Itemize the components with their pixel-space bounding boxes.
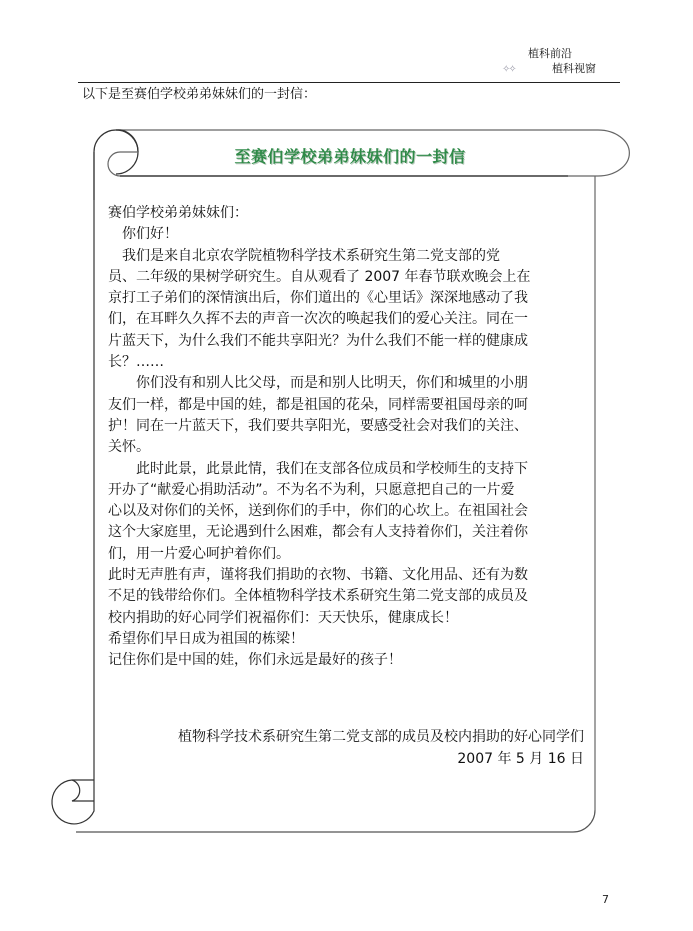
paragraph-line: 们，在耳畔久久挥不去的声音一次次的唤起我们的爱心关注。同在一 [108,309,590,330]
intro-text: 以下是至赛伯学校弟弟妹妹们的一封信： [82,86,316,104]
stars-icon: ✧✧ [502,62,515,77]
paragraph-line: 你们没有和别人比父母，而是和别人比明天，你们和城里的小朋 [108,373,590,394]
paragraph-line: 校内捐助的好心同学们祝福你们：天天快乐，健康成长！ [108,608,590,629]
letter-title: 至赛伯学校弟弟妹妹们的一封信 [230,144,470,167]
greeting: 你们好！ [108,224,590,245]
paragraph-line: 京打工子弟们的深情演出后，你们道出的《心里话》深深地感动了我 [108,288,590,309]
paragraph-line: 此时无声胜有声，谨将我们捐助的衣物、书籍、文化用品、还有为数 [108,565,590,586]
page-number: 7 [602,893,609,906]
paragraph-line: 员、二年级的果树学研究生。自从观看了 2007 年春节联欢晚会上在 [108,267,590,288]
paragraph-line: 长？…… [108,352,590,373]
paragraph-line: 片蓝天下，为什么我们不能共享阳光？为什么我们不能一样的健康成 [108,331,590,352]
paragraph-line: 记住你们是中国的娃，你们永远是最好的孩子！ [108,650,590,671]
salutation: 赛伯学校弟弟妹妹们： [108,203,590,224]
paragraph-line: 这个大家庭里，无论遇到什么困难，都会有人支持着你们，关注着你 [108,522,590,543]
paragraph-line: 护！同在一片蓝天下，我们要共享阳光，要感受社会对我们的关注、 [108,416,590,437]
header-subsection-title: 植科视窗 [552,61,596,76]
paragraph-line: 此时此景，此景此情，我们在支部各位成员和学校师生的支持下 [108,459,590,480]
paragraph-line: 们，用一片爱心呵护着你们。 [108,544,590,565]
paragraph-line: 希望你们早日成为祖国的栋梁！ [108,629,590,650]
paragraph-line: 我们是来自北京农学院植物科学技术系研究生第二党支部的党 [108,246,590,267]
paragraph-line: 心以及对你们的关怀，送到你们的手中，你们的心坎上。在祖国社会 [108,501,590,522]
letter-date: 2007 年 5 月 16 日 [108,748,584,770]
header-divider [78,82,620,83]
paragraph-line: 关怀。 [108,437,590,458]
letter-signature-block: 植物科学技术系研究生第二党支部的成员及校内捐助的好心同学们 2007 年 5 月… [108,726,584,770]
paragraph-line: 不足的钱带给你们。全体植物科学技术系研究生第二党支部的成员及 [108,586,590,607]
letter-body: 赛伯学校弟弟妹妹们： 你们好！ 我们是来自北京农学院植物科学技术系研究生第二党支… [108,203,590,672]
signature: 植物科学技术系研究生第二党支部的成员及校内捐助的好心同学们 [108,726,584,748]
paragraph-line: 开办了“献爱心捐助活动”。不为名不为利，只愿意把自己的一片爱 [108,480,590,501]
paragraph-line: 友们一样，都是中国的娃，都是祖国的花朵，同样需要祖国母亲的呵 [108,395,590,416]
header-section-title: 植科前沿 [528,46,572,61]
